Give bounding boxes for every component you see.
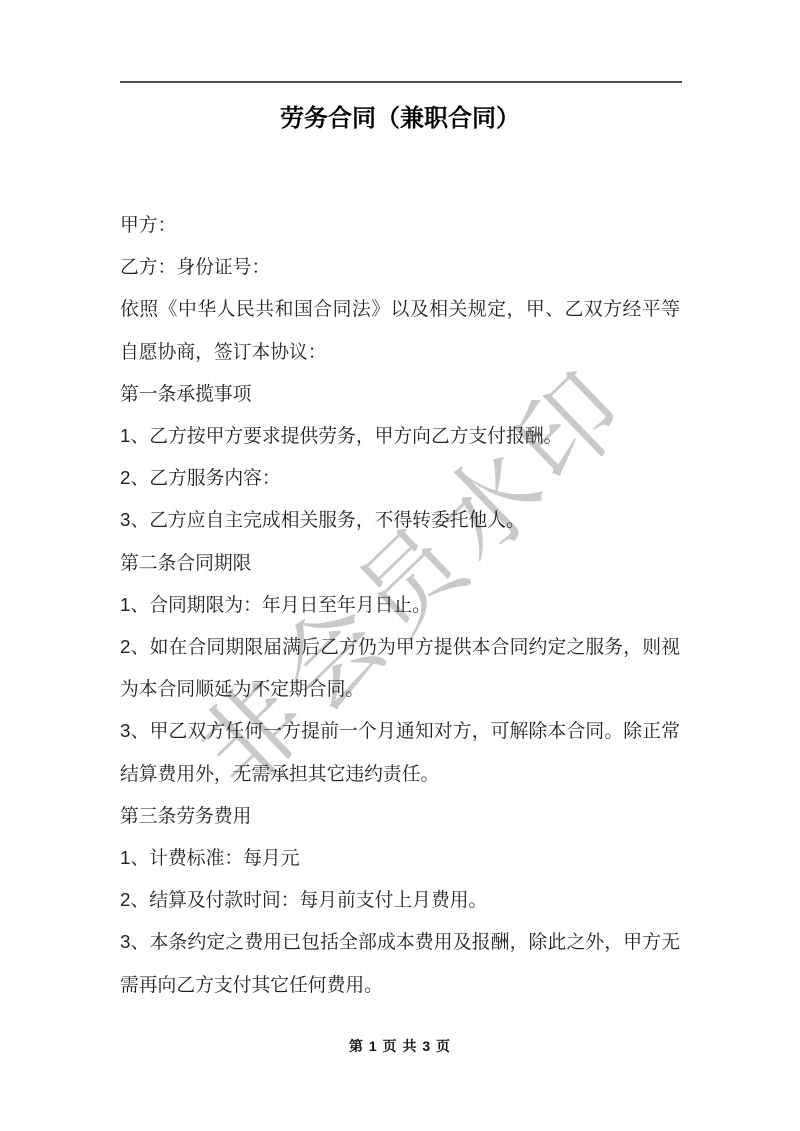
contract-line: 3、本条约定之费用已包括全部成本费用及报酬，除此之外，甲方无	[120, 921, 680, 963]
contract-line: 第二条合同期限	[120, 542, 680, 584]
header-rule	[120, 81, 682, 83]
contract-line: 结算费用外，无需承担其它违约责任。	[120, 753, 680, 795]
contract-line: 3、甲乙双方任何一方提前一个月通知对方，可解除本合同。除正常	[120, 710, 680, 752]
contract-line: 1、乙方按甲方要求提供劳务，甲方向乙方支付报酬。	[120, 415, 680, 457]
contract-line: 3、乙方应自主完成相关服务，不得转委托他人。	[120, 499, 680, 541]
contract-line: 第三条劳务费用	[120, 795, 680, 837]
contract-line: 1、计费标准：每月元	[120, 837, 680, 879]
contract-line: 1、合同期限为：年月日至年月日止。	[120, 584, 680, 626]
contract-line: 为本合同顺延为不定期合同。	[120, 668, 680, 710]
contract-line: 甲方：	[120, 204, 680, 246]
contract-line: 乙方：身份证号：	[120, 246, 680, 288]
page-footer: 第 1 页 共 3 页	[0, 1036, 800, 1056]
contract-line: 自愿协商，签订本协议：	[120, 331, 680, 373]
document-page: 非会员水印 劳务合同（兼职合同） 甲方：乙方：身份证号：依照《中华人民共和国合同…	[0, 0, 800, 1131]
contract-line: 第一条承揽事项	[120, 373, 680, 415]
contract-body: 甲方：乙方：身份证号：依照《中华人民共和国合同法》以及相关规定，甲、乙双方经平等…	[120, 204, 680, 1006]
contract-line: 需再向乙方支付其它任何费用。	[120, 964, 680, 1006]
contract-line: 依照《中华人民共和国合同法》以及相关规定，甲、乙双方经平等	[120, 288, 680, 330]
contract-line: 2、乙方服务内容：	[120, 457, 680, 499]
contract-title: 劳务合同（兼职合同）	[120, 98, 680, 133]
contract-line: 2、结算及付款时间：每月前支付上月费用。	[120, 879, 680, 921]
contract-line: 2、如在合同期限届满后乙方仍为甲方提供本合同约定之服务，则视	[120, 626, 680, 668]
page-number-label: 第 1 页 共 3 页	[349, 1038, 451, 1054]
